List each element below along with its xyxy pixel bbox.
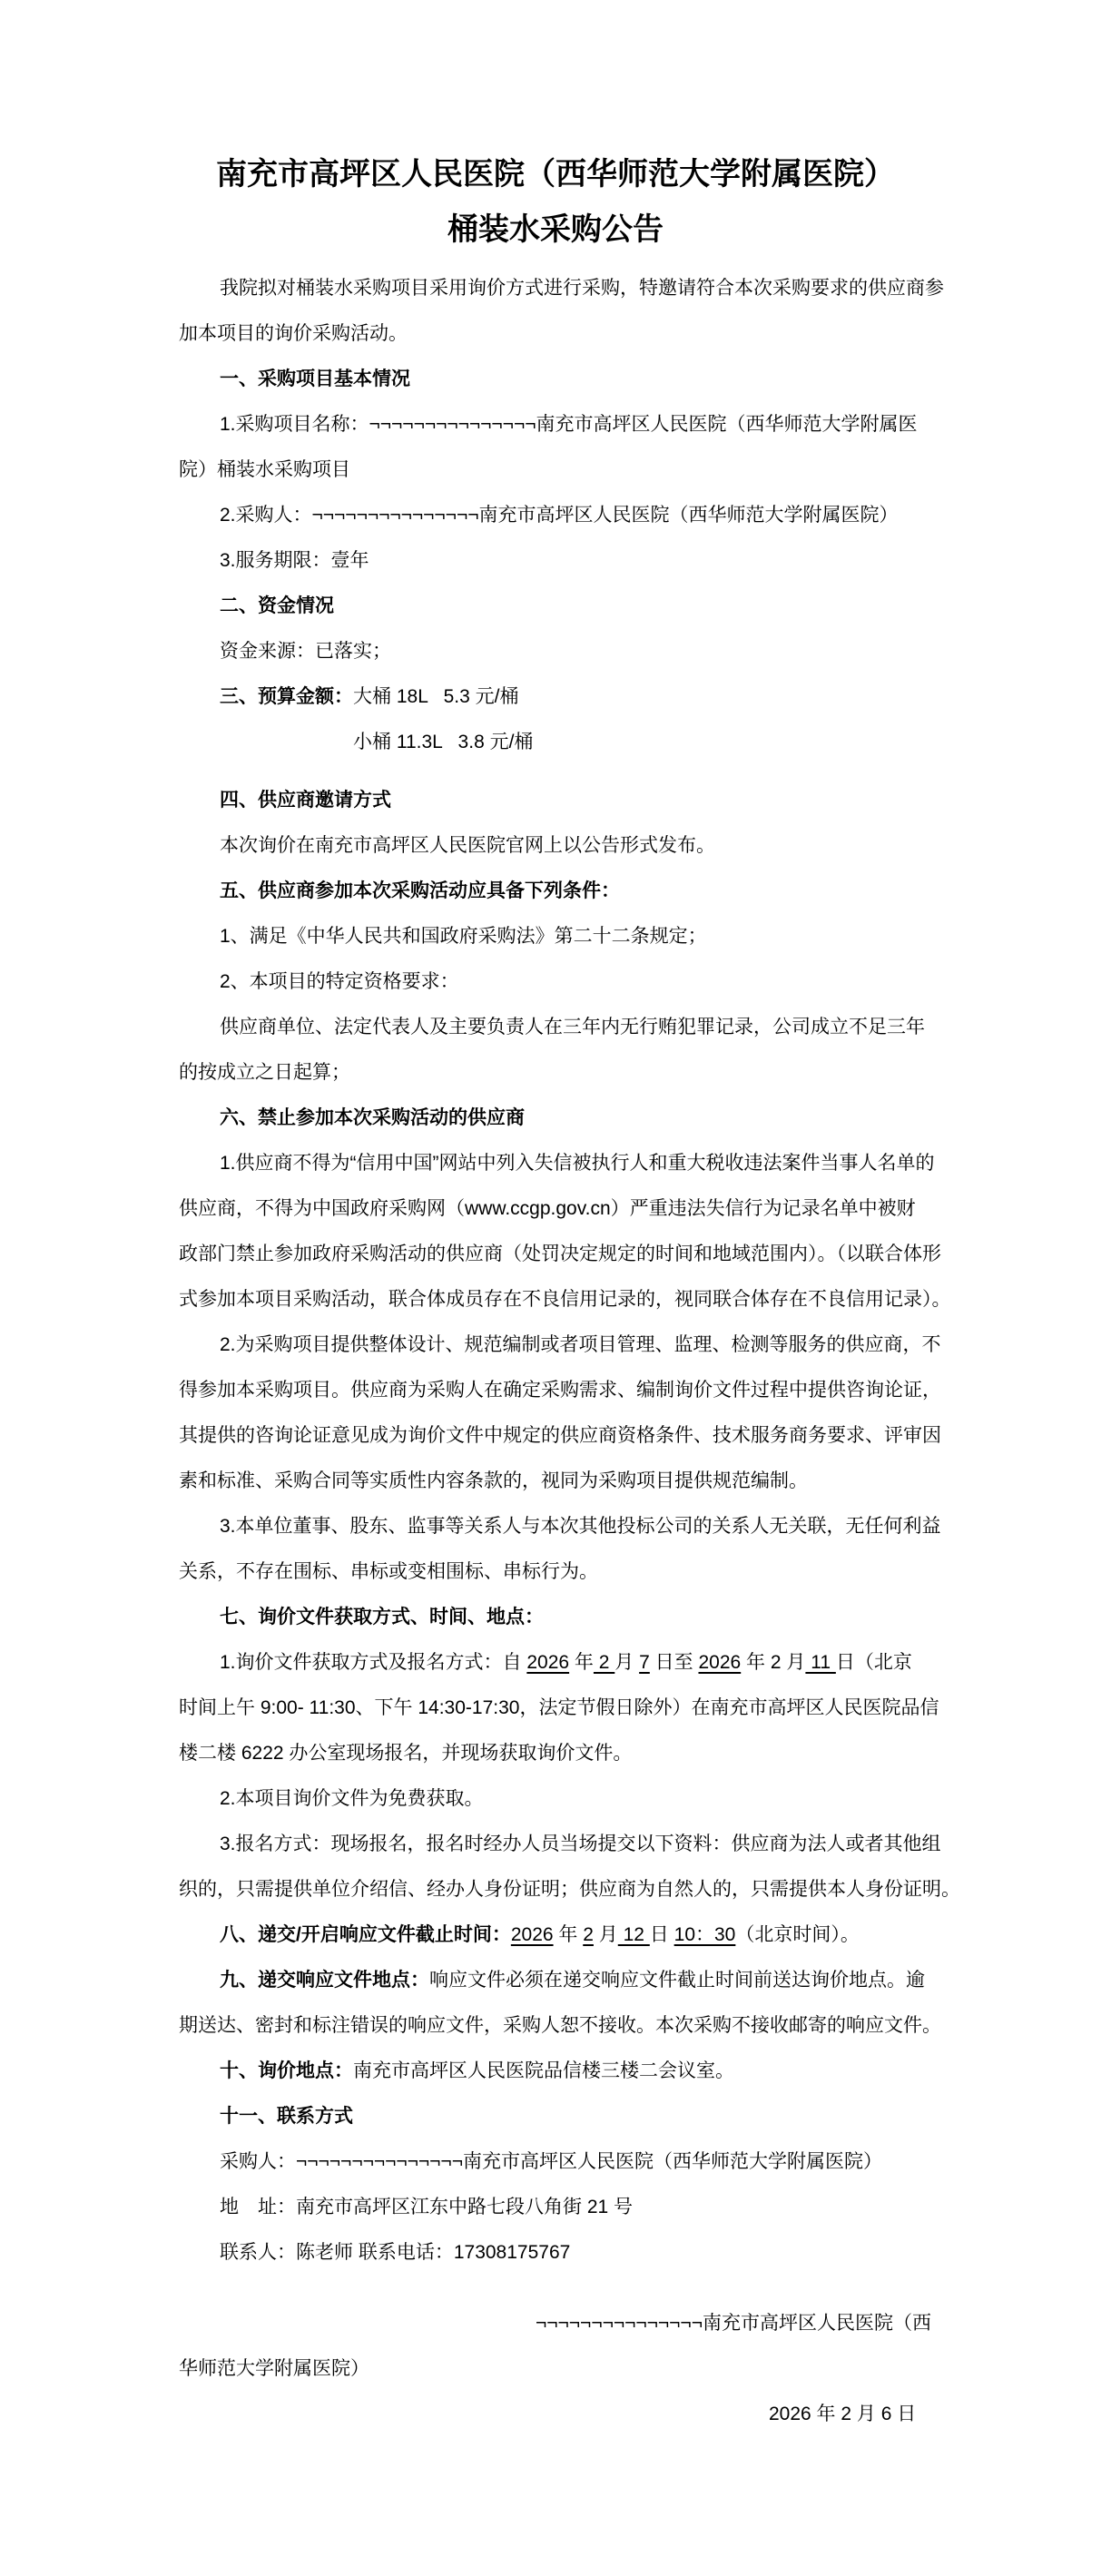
doc-text: 加本项目的询价采购活动。 (179, 323, 408, 344)
doc-text: 大桶 18L 5.3 元/桶 (353, 686, 518, 707)
heading-section-9: 九、递交响应文件地点：响应文件必须在递交响应文件截止时间前送达询价地点。逾 (220, 1958, 925, 2003)
doc-text: 关系，不存在围标、串标或变相围标、串标行为。 (179, 1561, 598, 1582)
signature-line-1: ¬¬¬¬¬¬¬¬¬¬¬¬¬¬¬南充市高坪区人民医院（西 (536, 2301, 931, 2346)
signup-line-1: 3.报名方式：现场报名，报名时经办人员当场提交以下资料：供应商为法人或者其他组 (220, 1822, 941, 1867)
doc-text-bold: 一、采购项目基本情况 (220, 369, 410, 389)
doc-text: 供应商，不得为中国政府采购网（www.ccgp.gov.cn）严重违法失信行为记… (179, 1198, 916, 1219)
intro-line-2: 加本项目的询价采购活动。 (179, 311, 408, 357)
doc-text: ¬¬¬¬¬¬¬¬¬¬¬¬¬¬¬南充市高坪区人民医院（西 (536, 2313, 931, 2334)
doc-text: 政部门禁止参加政府采购活动的供应商（处罚决定规定的时间和地域范围内）。（以联合体… (179, 1244, 941, 1264)
project-name-line-1: 1.采购项目名称：¬¬¬¬¬¬¬¬¬¬¬¬¬¬¬南充市高坪区人民医院（西华师范大… (220, 402, 917, 447)
document-title-line-1: 南充市高坪区人民医院（西华师范大学附属医院） (0, 147, 1111, 202)
doc-text: 1.供应商不得为“信用中国”网站中列入失信被执行人和重大税收违法案件当事人名单的 (220, 1153, 935, 1174)
doc-text: 式参加本项目采购活动，联合体成员存在不良信用记录的，视同联合体存在不良信用记录）… (179, 1289, 951, 1310)
purchaser-line: 2.采购人：¬¬¬¬¬¬¬¬¬¬¬¬¬¬¬南充市高坪区人民医院（西华师范大学附属… (220, 493, 898, 538)
qualification-line-1: 供应商单位、法定代表人及主要负责人在三年内无行贿犯罪记录，公司成立不足三年 (220, 1005, 925, 1050)
doc-text-underline: 2026 (698, 1652, 741, 1673)
forbidden-2-line-4: 素和标准、采购合同等实质性内容条款的，视同为采购项目提供规范编制。 (179, 1459, 808, 1504)
forbidden-3-line-1: 3.本单位董事、股东、监事等关系人与本次其他投标公司的关系人无关联，无任何利益 (220, 1504, 941, 1549)
doc-text-bold: 五、供应商参加本次采购活动应具备下列条件： (220, 880, 620, 901)
doc-obtain-line-3: 楼二楼 6222 办公室现场报名，并现场获取询价文件。 (179, 1731, 632, 1776)
heading-section-4: 四、供应商邀请方式 (220, 778, 391, 823)
forbidden-1-line-1: 1.供应商不得为“信用中国”网站中列入失信被执行人和重大税收违法案件当事人名单的 (220, 1141, 935, 1186)
doc-text-underline: 2026 (511, 1924, 554, 1945)
doc-text: 3.服务期限：壹年 (220, 550, 369, 571)
doc-obtain-line-1: 1.询价文件获取方式及报名方式：自 2026 年 2 月 7 日至 2026 年… (220, 1640, 912, 1686)
doc-text: 供应商单位、法定代表人及主要负责人在三年内无行贿犯罪记录，公司成立不足三年 (220, 1017, 925, 1037)
doc-text: 年 (554, 1924, 584, 1945)
doc-text: 采购人：¬¬¬¬¬¬¬¬¬¬¬¬¬¬¬南充市高坪区人民医院（西华师范大学附属医院… (220, 2151, 882, 2172)
doc-text-bold: 四、供应商邀请方式 (220, 790, 391, 811)
doc-text: 1.询价文件获取方式及报名方式：自 (220, 1652, 526, 1673)
doc-text: 地 址：南充市高坪区江东中路七段八角街 21 号 (220, 2197, 633, 2217)
doc-text: 本次询价在南充市高坪区人民医院官网上以公告形式发布。 (220, 835, 715, 856)
doc-text: 织的，只需提供单位介绍信、经办人身份证明；供应商为自然人的，只需提供本人身份证明… (179, 1879, 960, 1900)
document-page: 南充市高坪区人民医院（西华师范大学附属医院） 桶装水采购公告 我院拟对桶装水采购… (0, 0, 1111, 2576)
doc-text: 得参加本采购项目。供应商为采购人在确定采购需求、编制询价文件过程中提供咨询论证， (179, 1380, 941, 1401)
doc-text: 素和标准、采购合同等实质性内容条款的，视同为采购项目提供规范编制。 (179, 1470, 808, 1491)
doc-text: 院）桶装水采购项目 (179, 459, 350, 480)
doc-text-underline: 12 (618, 1924, 650, 1945)
doc-text: 2、本项目的特定资格要求： (220, 971, 459, 992)
heading-section-5: 五、供应商参加本次采购活动应具备下列条件： (220, 869, 620, 914)
contact-purchaser-line: 采购人：¬¬¬¬¬¬¬¬¬¬¬¬¬¬¬南充市高坪区人民医院（西华师范大学附属医院… (220, 2139, 882, 2185)
delivery-line-2: 期送达、密封和标注错误的响应文件，采购人恕不接收。本次采购不接收邮寄的响应文件。 (179, 2003, 941, 2049)
doc-text: 年 (569, 1652, 594, 1673)
doc-text-bold: 十一、联系方式 (220, 2106, 353, 2127)
doc-text: 响应文件必须在递交响应文件截止时间前送达询价地点。逾 (429, 1970, 925, 1991)
doc-obtain-line-2: 时间上午 9:00- 11:30、下午 14:30-17:30，法定节假日除外）… (179, 1686, 939, 1731)
heading-section-8: 八、递交/开启响应文件截止时间：2026 年 2 月 12 日 10：30（北京… (220, 1912, 860, 1958)
forbidden-1-line-2: 供应商，不得为中国政府采购网（www.ccgp.gov.cn）严重违法失信行为记… (179, 1186, 916, 1232)
doc-text: 月 (614, 1652, 639, 1673)
doc-text: 3.报名方式：现场报名，报名时经办人员当场提交以下资料：供应商为法人或者其他组 (220, 1834, 941, 1854)
doc-text: 3.本单位董事、股东、监事等关系人与本次其他投标公司的关系人无关联，无任何利益 (220, 1516, 941, 1537)
doc-text: 月 (594, 1924, 618, 1945)
doc-text-underline: 2 (594, 1652, 614, 1673)
signup-line-2: 织的，只需提供单位介绍信、经办人身份证明；供应商为自然人的，只需提供本人身份证明… (179, 1867, 960, 1912)
forbidden-2-line-2: 得参加本采购项目。供应商为采购人在确定采购需求、编制询价文件过程中提供咨询论证， (179, 1368, 941, 1413)
doc-text: 1、满足《中华人民共和国政府采购法》第二十二条规定； (220, 926, 707, 947)
doc-text: 其提供的咨询论证意见成为询价文件中规定的供应商资格条件、技术服务商务要求、评审因 (179, 1425, 941, 1446)
fund-source-line: 资金来源：已落实； (220, 629, 391, 674)
forbidden-2-line-3: 其提供的咨询论证意见成为询价文件中规定的供应商资格条件、技术服务商务要求、评审因 (179, 1413, 941, 1459)
qualification-line-2: 的按成立之日起算； (179, 1050, 350, 1096)
doc-text-bold: 二、资金情况 (220, 595, 334, 616)
doc-text: 2026 年 2 月 6 日 (769, 2404, 916, 2424)
doc-text-bold: 八、递交/开启响应文件截止时间： (220, 1924, 511, 1945)
doc-text-bold: 三、预算金额： (220, 686, 353, 707)
heading-section-7: 七、询价文件获取方式、时间、地点： (220, 1595, 544, 1640)
intro-line-1: 我院拟对桶装水采购项目采用询价方式进行采购，特邀请符合本次采购要求的供应商参 (220, 266, 944, 311)
doc-text: 日（北京 (836, 1652, 912, 1673)
project-name-line-2: 院）桶装水采购项目 (179, 447, 350, 493)
contact-person-line: 联系人：陈老师 联系电话：17308175767 (220, 2230, 570, 2276)
doc-text: 资金来源：已落实； (220, 641, 391, 662)
doc-text-bold: 十、询价地点： (220, 2060, 353, 2081)
doc-text-underline: 2 (583, 1924, 594, 1945)
doc-text-bold: 七、询价文件获取方式、时间、地点： (220, 1607, 544, 1627)
signature-line-2: 华师范大学附属医院） (179, 2346, 369, 2392)
doc-text: 期送达、密封和标注错误的响应文件，采购人恕不接收。本次采购不接收邮寄的响应文件。 (179, 2015, 941, 2036)
heading-section-3: 三、预算金额：大桶 18L 5.3 元/桶 (220, 674, 518, 720)
invite-method-line: 本次询价在南充市高坪区人民医院官网上以公告形式发布。 (220, 823, 715, 869)
forbidden-1-line-4: 式参加本项目采购活动，联合体成员存在不良信用记录的，视同联合体存在不良信用记录）… (179, 1277, 951, 1322)
doc-text: 年 2 月 (741, 1652, 805, 1673)
doc-text: 小桶 11.3L 3.8 元/桶 (353, 732, 533, 752)
forbidden-1-line-3: 政部门禁止参加政府采购活动的供应商（处罚决定规定的时间和地域范围内）。（以联合体… (179, 1232, 941, 1277)
heading-section-10: 十、询价地点：南充市高坪区人民医院品信楼三楼二会议室。 (220, 2049, 734, 2094)
budget-line-2: 小桶 11.3L 3.8 元/桶 (353, 720, 533, 765)
doc-text-underline: 10：30 (674, 1924, 736, 1945)
condition-line-2: 2、本项目的特定资格要求： (220, 959, 459, 1005)
doc-text: 2.采购人：¬¬¬¬¬¬¬¬¬¬¬¬¬¬¬南充市高坪区人民医院（西华师范大学附属… (220, 505, 898, 526)
doc-text: （北京时间）。 (735, 1924, 860, 1945)
doc-text-underline: 2026 (526, 1652, 569, 1673)
contact-address-line: 地 址：南充市高坪区江东中路七段八角街 21 号 (220, 2185, 633, 2230)
forbidden-2-line-1: 2.为采购项目提供整体设计、规范编制或者项目管理、监理、检测等服务的供应商，不 (220, 1322, 941, 1368)
doc-text: 南充市高坪区人民医院品信楼三楼二会议室。 (353, 2060, 734, 2081)
heading-section-6: 六、禁止参加本次采购活动的供应商 (220, 1096, 525, 1141)
doc-free-line: 2.本项目询价文件为免费获取。 (220, 1776, 484, 1822)
doc-text-bold: 六、禁止参加本次采购活动的供应商 (220, 1107, 525, 1128)
document-title-line-2: 桶装水采购公告 (0, 202, 1111, 258)
doc-text-underline: 11 (805, 1652, 835, 1673)
doc-text: 我院拟对桶装水采购项目采用询价方式进行采购，特邀请符合本次采购要求的供应商参 (220, 278, 944, 299)
doc-text: 2.本项目询价文件为免费获取。 (220, 1788, 484, 1809)
doc-text: 2.为采购项目提供整体设计、规范编制或者项目管理、监理、检测等服务的供应商，不 (220, 1334, 941, 1355)
doc-text: 时间上午 9:00- 11:30、下午 14:30-17:30，法定节假日除外）… (179, 1697, 939, 1718)
doc-text-bold: 九、递交响应文件地点： (220, 1970, 429, 1991)
doc-text: 日 (650, 1924, 674, 1945)
doc-text: 日至 (650, 1652, 699, 1673)
heading-section-11: 十一、联系方式 (220, 2094, 353, 2139)
doc-text: 楼二楼 6222 办公室现场报名，并现场获取询价文件。 (179, 1743, 632, 1764)
service-term-line: 3.服务期限：壹年 (220, 538, 369, 584)
doc-text-underline: 7 (639, 1652, 650, 1673)
condition-line-1: 1、满足《中华人民共和国政府采购法》第二十二条规定； (220, 914, 707, 959)
heading-section-1: 一、采购项目基本情况 (220, 357, 410, 402)
doc-text: 的按成立之日起算； (179, 1062, 350, 1083)
doc-text: 华师范大学附属医院） (179, 2358, 369, 2379)
forbidden-3-line-2: 关系，不存在围标、串标或变相围标、串标行为。 (179, 1549, 598, 1595)
doc-text: 联系人：陈老师 联系电话：17308175767 (220, 2242, 570, 2263)
heading-section-2: 二、资金情况 (220, 584, 334, 629)
date-line: 2026 年 2 月 6 日 (769, 2392, 916, 2437)
doc-text: 1.采购项目名称：¬¬¬¬¬¬¬¬¬¬¬¬¬¬¬南充市高坪区人民医院（西华师范大… (220, 414, 917, 435)
